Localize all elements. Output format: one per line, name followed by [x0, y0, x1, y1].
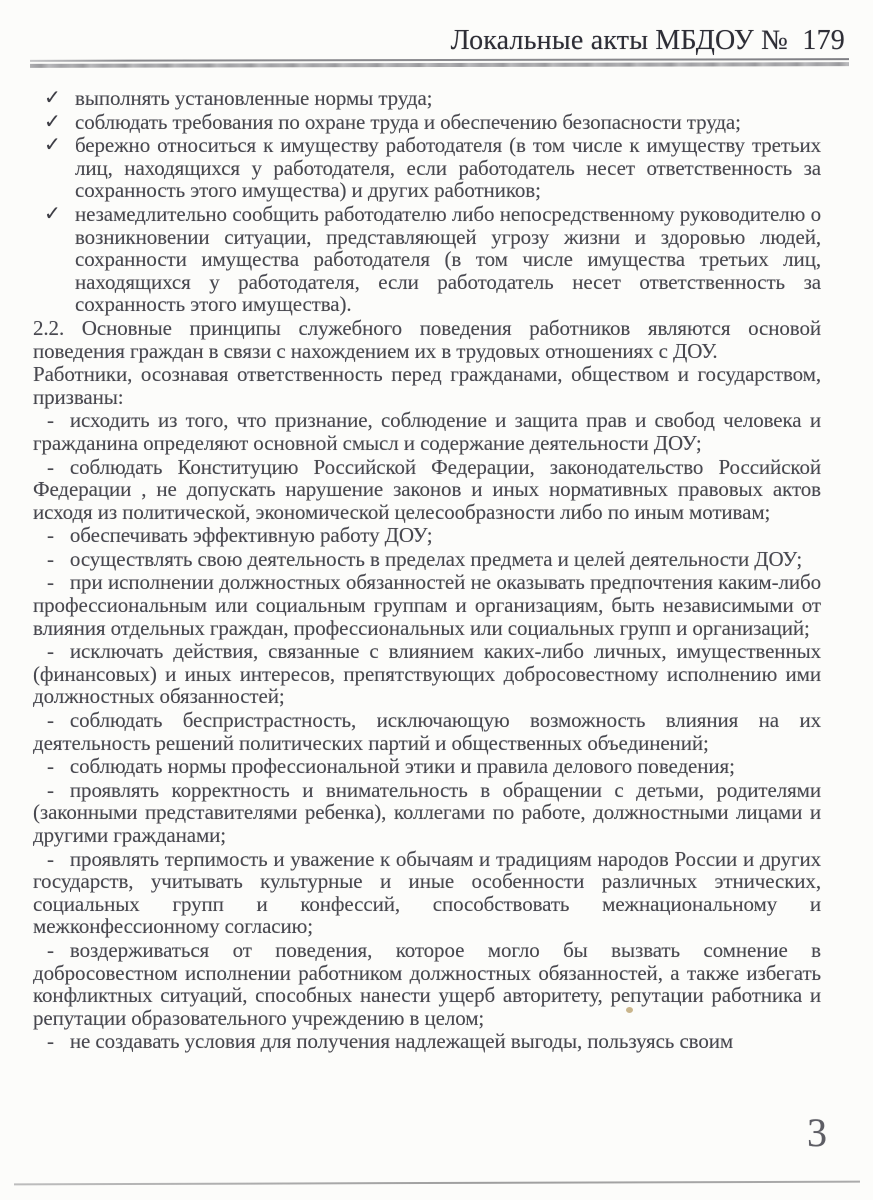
- dash-item-text: проявлять терпимость и уважение к обычая…: [33, 847, 821, 939]
- paragraph: 2.2. Основные принципы служебного поведе…: [33, 317, 821, 362]
- checkmark-icon: ✓: [44, 134, 61, 157]
- dash-marker: -: [47, 778, 54, 802]
- page-number: 3: [807, 1113, 827, 1153]
- dash-item: -при исполнении должностных обязанностей…: [33, 571, 821, 639]
- dash-marker: -: [47, 547, 54, 571]
- dash-marker: -: [47, 455, 54, 479]
- dash-item-text: при исполнении должностных обязанностей …: [33, 570, 821, 639]
- dash-item-text: воздерживаться от поведения, которое мог…: [33, 938, 821, 1030]
- dash-marker: -: [47, 938, 54, 962]
- dash-item-text: соблюдать беспристрастность, исключающую…: [33, 708, 821, 755]
- dash-marker: -: [47, 708, 54, 732]
- checkmark-icon: ✓: [44, 87, 61, 110]
- checkmark-icon: ✓: [44, 203, 61, 226]
- dash-item: -обеспечивать эффективную работу ДОУ;: [33, 524, 821, 547]
- scan-artifact-dot: [626, 1007, 633, 1013]
- dash-item: -исходить из того, что признание, соблюд…: [33, 409, 821, 454]
- check-item: ✓бережно относиться к имуществу работода…: [33, 134, 821, 202]
- dash-item-text: проявлять корректность и внимательность …: [33, 778, 821, 847]
- dash-item-text: исключать действия, связанные с влиянием…: [33, 639, 821, 708]
- dash-item-text: соблюдать нормы профессиональной этики и…: [70, 754, 735, 778]
- dash-item: -проявлять корректность и внимательность…: [33, 779, 821, 847]
- footer-rule: [14, 1181, 860, 1186]
- dash-marker: -: [47, 754, 54, 778]
- paragraph: Работники, осознавая ответственность пер…: [33, 363, 821, 408]
- dash-item-text: обеспечивать эффективную работу ДОУ;: [70, 523, 433, 547]
- dash-item: -воздерживаться от поведения, которое мо…: [33, 939, 821, 1029]
- check-item: ✓незамедлительно сообщить работодателю л…: [33, 203, 821, 316]
- check-item: ✓выполнять установленные нормы труда;: [33, 87, 821, 110]
- document-body: ✓выполнять установленные нормы труда; ✓с…: [33, 87, 821, 1053]
- dash-item: -осуществлять свою деятельность в предел…: [33, 548, 821, 571]
- dash-item: -проявлять терпимость и уважение к обыча…: [33, 848, 821, 938]
- document-page: Локальные акты МБДОУ № 179 ✓выполнять ус…: [0, 0, 873, 1200]
- paragraph-text: 2.2. Основные принципы служебного поведе…: [33, 316, 821, 363]
- check-item-text: незамедлительно сообщить работодателю ли…: [75, 202, 821, 316]
- header-rule: [30, 58, 849, 68]
- dash-item-text: исходить из того, что признание, соблюде…: [33, 408, 821, 455]
- dash-marker: -: [47, 408, 54, 432]
- header-rule-thick-line: [30, 62, 849, 68]
- dash-item: -соблюдать Конституцию Российской Федера…: [33, 456, 821, 524]
- dash-item: -соблюдать нормы профессиональной этики …: [33, 755, 821, 778]
- dash-item-text: соблюдать Конституцию Российской Федерац…: [33, 455, 821, 524]
- dash-item: -не создавать условия для получения надл…: [33, 1030, 821, 1053]
- dash-item-text: осуществлять свою деятельность в предела…: [70, 547, 802, 571]
- check-item-text: бережно относиться к имуществу работодат…: [75, 133, 821, 202]
- dash-marker: -: [47, 639, 54, 663]
- check-item-text: выполнять установленные нормы труда;: [75, 86, 432, 110]
- dash-marker: -: [47, 570, 54, 594]
- dash-item: -соблюдать беспристрастность, исключающу…: [33, 709, 821, 754]
- dash-marker: -: [47, 1029, 54, 1053]
- dash-marker: -: [47, 523, 54, 547]
- paragraph-text: Работники, осознавая ответственность пер…: [33, 362, 821, 409]
- check-item: ✓соблюдать требования по охране труда и …: [33, 111, 821, 134]
- dash-item-text: не создавать условия для получения надле…: [70, 1029, 733, 1053]
- checkmark-icon: ✓: [44, 111, 61, 134]
- page-header: Локальные акты МБДОУ № 179: [0, 0, 873, 56]
- header-rule-thin-line: [30, 58, 849, 62]
- dash-marker: -: [47, 847, 54, 871]
- header-title: Локальные акты МБДОУ № 179: [451, 26, 845, 56]
- check-item-text: соблюдать требования по охране труда и о…: [75, 110, 741, 134]
- dash-item: -исключать действия, связанные с влияние…: [33, 640, 821, 708]
